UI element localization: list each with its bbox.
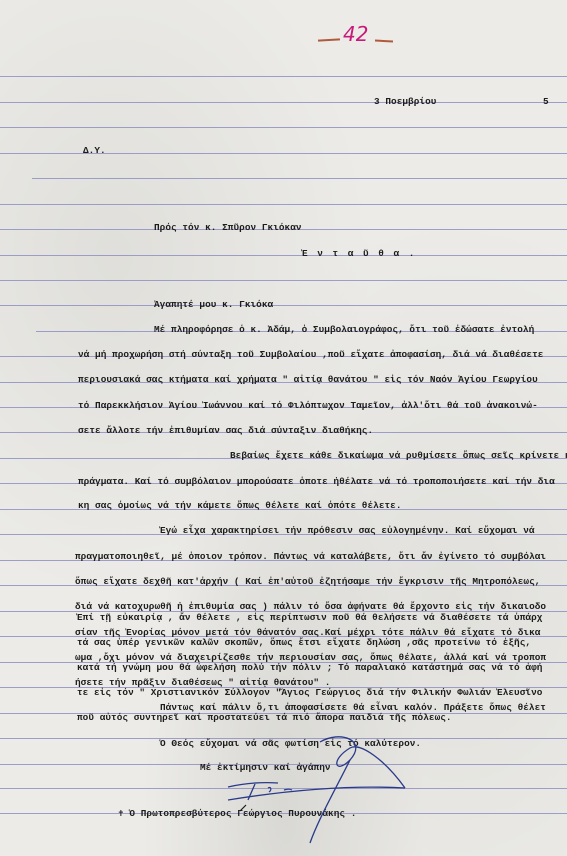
handwritten-signature — [0, 0, 567, 856]
letter-page: 42 3 Ποεμβρίου 5 Δ.Υ. Πρός τόν κ. Σπῦρον… — [0, 0, 567, 856]
